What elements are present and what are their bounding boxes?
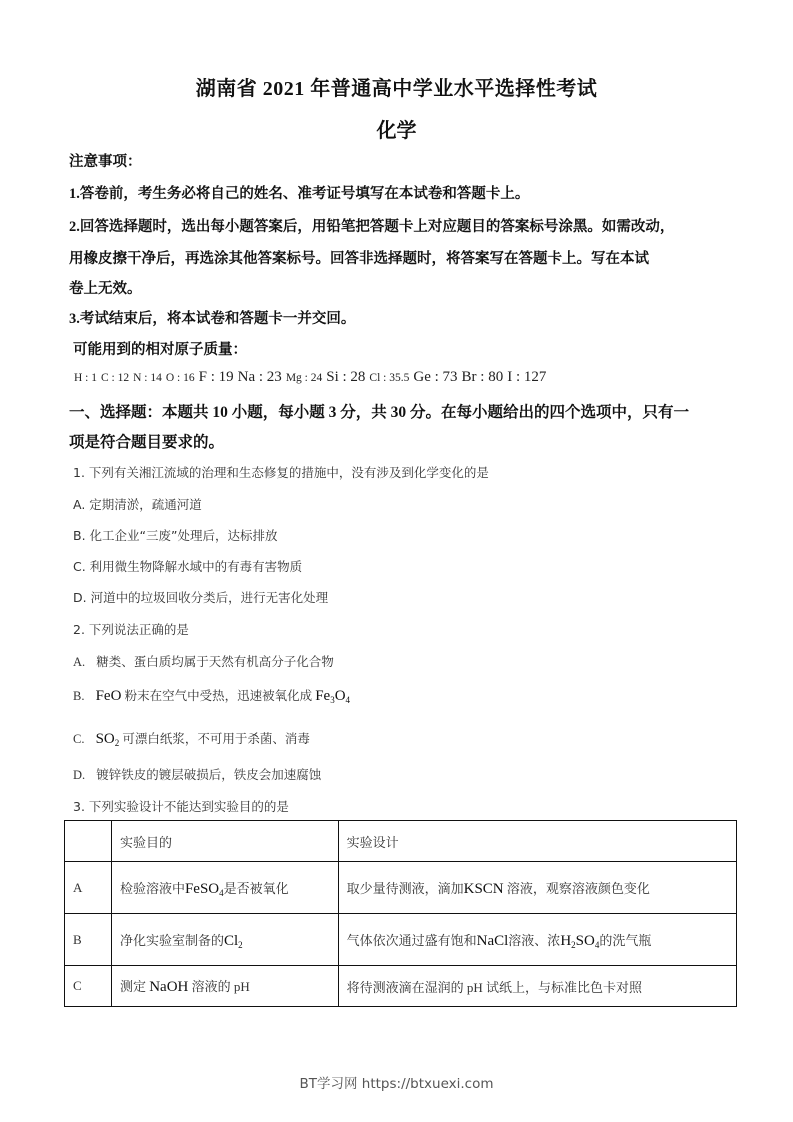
row-purpose: 测定 NaOH 溶液的 pH [111,966,338,1007]
notice-item-1: 1.答卷前，考生务必将自己的姓名、准考证号填写在本试卷和答题卡上。 [69,182,529,203]
formula-kscn: KSCN [464,881,504,897]
option-label: A. [73,655,85,669]
question-2-option-b: B. FeO 粉末在空气中受热，迅速被氧化成 Fe3O4 [73,686,350,705]
option-text: 粉末在空气中受热，迅速被氧化成 [125,689,313,703]
formula-base: SO [96,731,115,747]
footer-watermark: BT学习网 https://btxuexi.com [0,1072,793,1092]
notice-heading: 注意事项： [69,150,142,171]
question-1-option-b: B. 化工企业“三废”处理后，达标排放 [73,526,277,544]
option-label: B. [73,689,84,703]
formula-base: SO [576,933,595,949]
formula-feso4: FeSO4 [185,881,224,897]
design-text: 气体依次通过盛有饱和 [347,933,477,948]
mass-f: F : 19 [199,369,234,385]
exam-title: 湖南省 2021 年普通高中学业水平选择性考试 [0,72,793,101]
formula-so2: SO2 [96,731,120,747]
row-option: A [65,862,112,914]
purpose-text: 溶液的 pH [188,979,249,994]
design-text: 将待测液滴在湿润的 pH 试纸上，与标准比色卡对照 [347,980,642,995]
mass-h: H : 1 [74,372,97,384]
formula-h2so4: H2SO4 [560,933,599,949]
row-purpose: 净化实验室制备的Cl2 [111,914,338,966]
table-header-design: 实验设计 [338,821,736,862]
mass-n: N : 14 [133,372,162,384]
notice-item-2-cont2: 卷上无效。 [69,277,142,298]
mass-si: Si : 28 [326,369,365,385]
experiment-table: 实验目的 实验设计 A 检验溶液中FeSO4是否被氧化 取少量待测液，滴加KSC… [64,820,737,1007]
formula-base: FeSO [185,881,219,897]
design-text: 溶液，观察溶液颜色变化 [504,881,650,896]
option-label: C. [73,732,84,746]
mass-c: C : 12 [101,372,129,384]
formula-naoh: NaOH [149,979,188,995]
design-text: 的洗气瓶 [599,933,651,948]
table-header-row: 实验目的 实验设计 [65,821,737,862]
row-purpose: 检验溶液中FeSO4是否被氧化 [111,862,338,914]
mass-i: I : 127 [507,369,546,385]
atomic-mass-heading: 可能用到的相对原子质量： [73,338,247,359]
row-design: 将待测液滴在湿润的 pH 试纸上，与标准比色卡对照 [338,966,736,1007]
question-1-option-c: C. 利用微生物降解水域中的有毒有害物质 [73,557,302,575]
table-row: C 测定 NaOH 溶液的 pH 将待测液滴在湿润的 pH 试纸上，与标准比色卡… [65,966,737,1007]
subscript: 2 [115,738,120,748]
mass-br: Br : 80 [462,369,504,385]
question-1-option-a: A. 定期清淤，疏通河道 [73,495,202,513]
option-label: D. [73,768,85,782]
purpose-text: 是否被氧化 [224,881,289,896]
question-1-option-d: D. 河道中的垃圾回收分类后，进行无害化处理 [73,588,328,606]
notice-item-3: 3.考试结束后，将本试卷和答题卡一并交回。 [69,307,355,328]
table-header-cell [65,821,112,862]
row-option: C [65,966,112,1007]
mass-o: O : 16 [166,372,195,384]
purpose-text: 测定 [120,979,149,994]
design-text: 取少量待测液，滴加 [347,881,464,896]
row-design: 取少量待测液，滴加KSCN 溶液，观察溶液颜色变化 [338,862,736,914]
notice-item-2-cont: 用橡皮擦干净后，再选涂其他答案标号。回答非选择题时，将答案写在答题卡上。写在本试 [69,247,649,268]
table-header-purpose: 实验目的 [111,821,338,862]
formula-cl2: Cl2 [224,933,243,949]
mass-ge: Ge : 73 [413,369,457,385]
mass-mg: Mg : 24 [286,372,322,384]
formula-feo: FeO [96,688,122,704]
row-option: B [65,914,112,966]
row-design: 气体依次通过盛有饱和NaCl溶液、浓H2SO4的洗气瓶 [338,914,736,966]
formula-nacl: NaCl [477,933,509,949]
subscript: 2 [238,940,243,950]
section-heading: 一、选择题：本题共 10 小题，每小题 3 分，共 30 分。在每小题给出的四个… [69,400,689,422]
question-2-option-a: A. 糖类、蛋白质均属于天然有机高分子化合物 [73,652,334,670]
subscript: 4 [346,695,351,705]
design-text: 溶液、浓 [508,933,560,948]
notice-item-2: 2.回答选择题时，选出每小题答案后，用铅笔把答题卡上对应题目的答案标号涂黑。如需… [69,215,674,236]
question-2-option-c: C. SO2 可漂白纸浆，不可用于杀菌、消毒 [73,729,310,748]
element-h: H [560,933,571,949]
mass-cl: Cl : 35.5 [369,372,409,384]
section-heading-cont: 项是符合题目要求的。 [69,430,224,452]
option-text: 可漂白纸浆，不可用于杀菌、消毒 [122,732,310,746]
mass-na: Na : 23 [238,369,282,385]
formula-base: Cl [224,933,238,949]
option-text: 糖类、蛋白质均属于天然有机高分子化合物 [96,655,334,669]
atomic-mass-list: H : 1 C : 12 N : 14 O : 16 F : 19 Na : 2… [74,368,546,386]
question-3-stem: 3. 下列实验设计不能达到实验目的的是 [73,797,289,815]
purpose-text: 净化实验室制备的 [120,933,224,948]
question-2-option-d: D. 镀锌铁皮的镀层破损后，铁皮会加速腐蚀 [73,765,321,783]
element-o: O [335,688,346,704]
table-row: B 净化实验室制备的Cl2 气体依次通过盛有饱和NaCl溶液、浓H2SO4的洗气… [65,914,737,966]
formula-fe3o4: Fe3O4 [315,688,350,704]
question-1-stem: 1. 下列有关湘江流域的治理和生态修复的措施中，没有涉及到化学变化的是 [73,463,489,481]
question-2-stem: 2. 下列说法正确的是 [73,620,189,638]
purpose-text: 检验溶液中 [120,881,185,896]
exam-subject: 化学 [0,114,793,143]
option-text: 镀锌铁皮的镀层破损后，铁皮会加速腐蚀 [96,768,321,782]
table-row: A 检验溶液中FeSO4是否被氧化 取少量待测液，滴加KSCN 溶液，观察溶液颜… [65,862,737,914]
element-fe: Fe [315,688,330,704]
